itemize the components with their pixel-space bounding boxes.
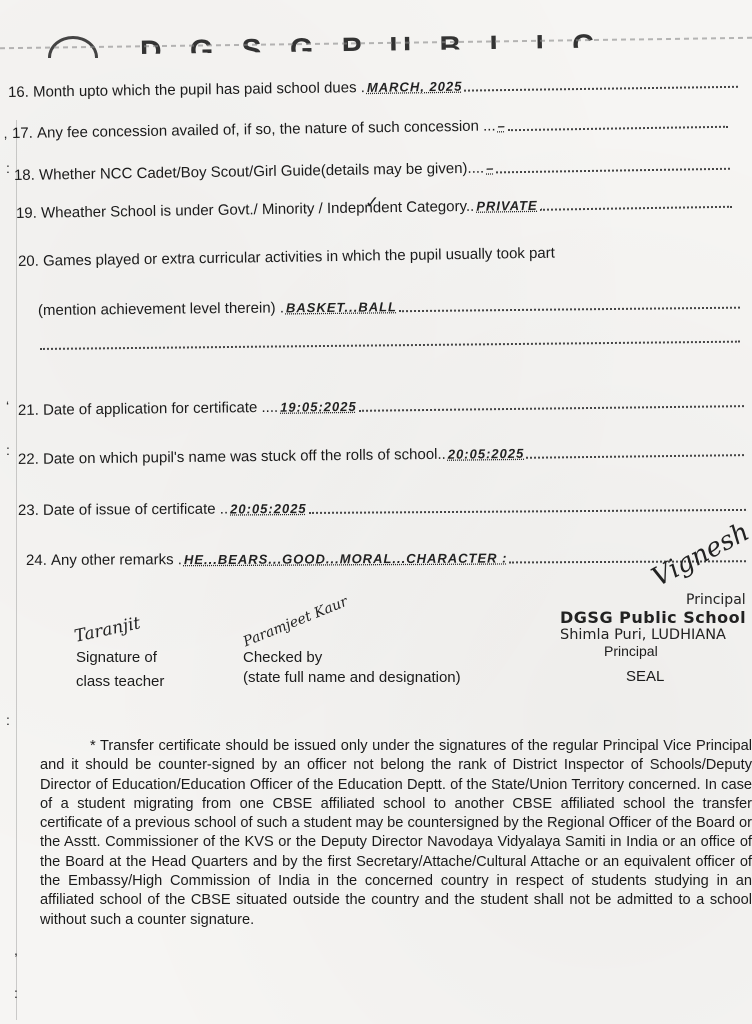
item-label: (mention achievement level therein) .	[38, 299, 284, 319]
seal-caption: SEAL	[626, 668, 664, 685]
principal-stamp-address: Shimla Puri, LUDHIANA	[560, 627, 726, 643]
item-label: Whether NCC Cadet/Boy Scout/Girl Guide(d…	[39, 160, 484, 184]
item-20: 20. Games played or extra curricular act…	[18, 242, 734, 270]
item-label: Any fee concession availed of, if so, th…	[37, 117, 496, 141]
item-number: 17.	[12, 125, 33, 142]
principal-stamp-title: Principal	[686, 592, 746, 608]
item-number: 19.	[16, 205, 37, 222]
item-value: 20:05:2025	[448, 446, 525, 462]
principal-stamp-school: DGSG Public School	[560, 608, 746, 627]
principal-caption: Principal	[604, 643, 658, 659]
item-value: 19:05:2025	[280, 399, 357, 415]
checked-by-signature: Paramjeet Kaur	[241, 594, 350, 650]
item-label: Games played or extra curricular activit…	[43, 245, 555, 270]
item-number: 23.	[18, 502, 39, 519]
item-value: BASKET...BALL	[286, 299, 397, 315]
header-partial: D G S G P U B L I C	[0, 28, 752, 58]
checkmark-icon: ✓	[365, 193, 379, 213]
class-teacher-caption-1: Signature of	[76, 649, 157, 666]
item-value: MARCH, 2025	[367, 79, 463, 95]
item-value: –	[486, 160, 494, 175]
transfer-certificate-page: D G S G P U B L I C 16. Month upto which…	[0, 0, 752, 1024]
item-label: Date of application for certificate ....	[43, 399, 278, 419]
item-value: 20:05:2025	[230, 501, 307, 517]
item-20-blank-line	[38, 341, 740, 353]
item-number: 18.	[14, 167, 35, 184]
item-16: 16. Month upto which the pupil has paid …	[8, 74, 738, 101]
checked-by-caption-2: (state full name and designation)	[243, 669, 461, 686]
footnote-text: * Transfer certificate should be issued …	[40, 737, 752, 930]
item-21: 21. Date of application for certificate …	[18, 393, 744, 419]
item-value: –	[497, 118, 505, 133]
item-22: 22. Date on which pupil's name was stuck…	[18, 442, 744, 468]
item-value: PRIVATE	[476, 198, 538, 214]
item-label: Wheather School is under Govt./ Minority…	[41, 198, 474, 222]
item-label: Date on which pupil's name was stuck off…	[43, 446, 446, 468]
item-18: 18. Whether NCC Cadet/Boy Scout/Girl Gui…	[14, 156, 730, 184]
transfer-certificate-footnote: * Transfer certificate should be issued …	[40, 737, 752, 930]
class-teacher-signature: Taranjit	[73, 613, 143, 646]
checked-by-caption-1: Checked by	[243, 649, 322, 666]
item-number: 21.	[18, 402, 39, 419]
page-edge-line	[16, 120, 17, 1020]
item-number: 16.	[8, 84, 29, 101]
item-number: 22.	[18, 451, 39, 468]
item-label: Month upto which the pupil has paid scho…	[33, 79, 365, 101]
item-20-achievement: (mention achievement level therein) . BA…	[38, 295, 740, 319]
item-23: 23. Date of issue of certificate .. 20:0…	[18, 497, 746, 519]
class-teacher-caption-2: class teacher	[76, 673, 164, 690]
item-number: 20.	[18, 253, 39, 270]
item-24: 24. Any other remarks . HE...BEARS...GOO…	[26, 548, 746, 569]
item-number: 24.	[26, 552, 47, 569]
item-label: Date of issue of certificate ..	[43, 501, 228, 519]
item-label: Any other remarks .	[51, 551, 182, 569]
item-17: 17. Any fee concession availed of, if so…	[12, 114, 728, 142]
item-value: HE...BEARS...GOOD...MORAL...CHARACTER :	[184, 550, 508, 567]
